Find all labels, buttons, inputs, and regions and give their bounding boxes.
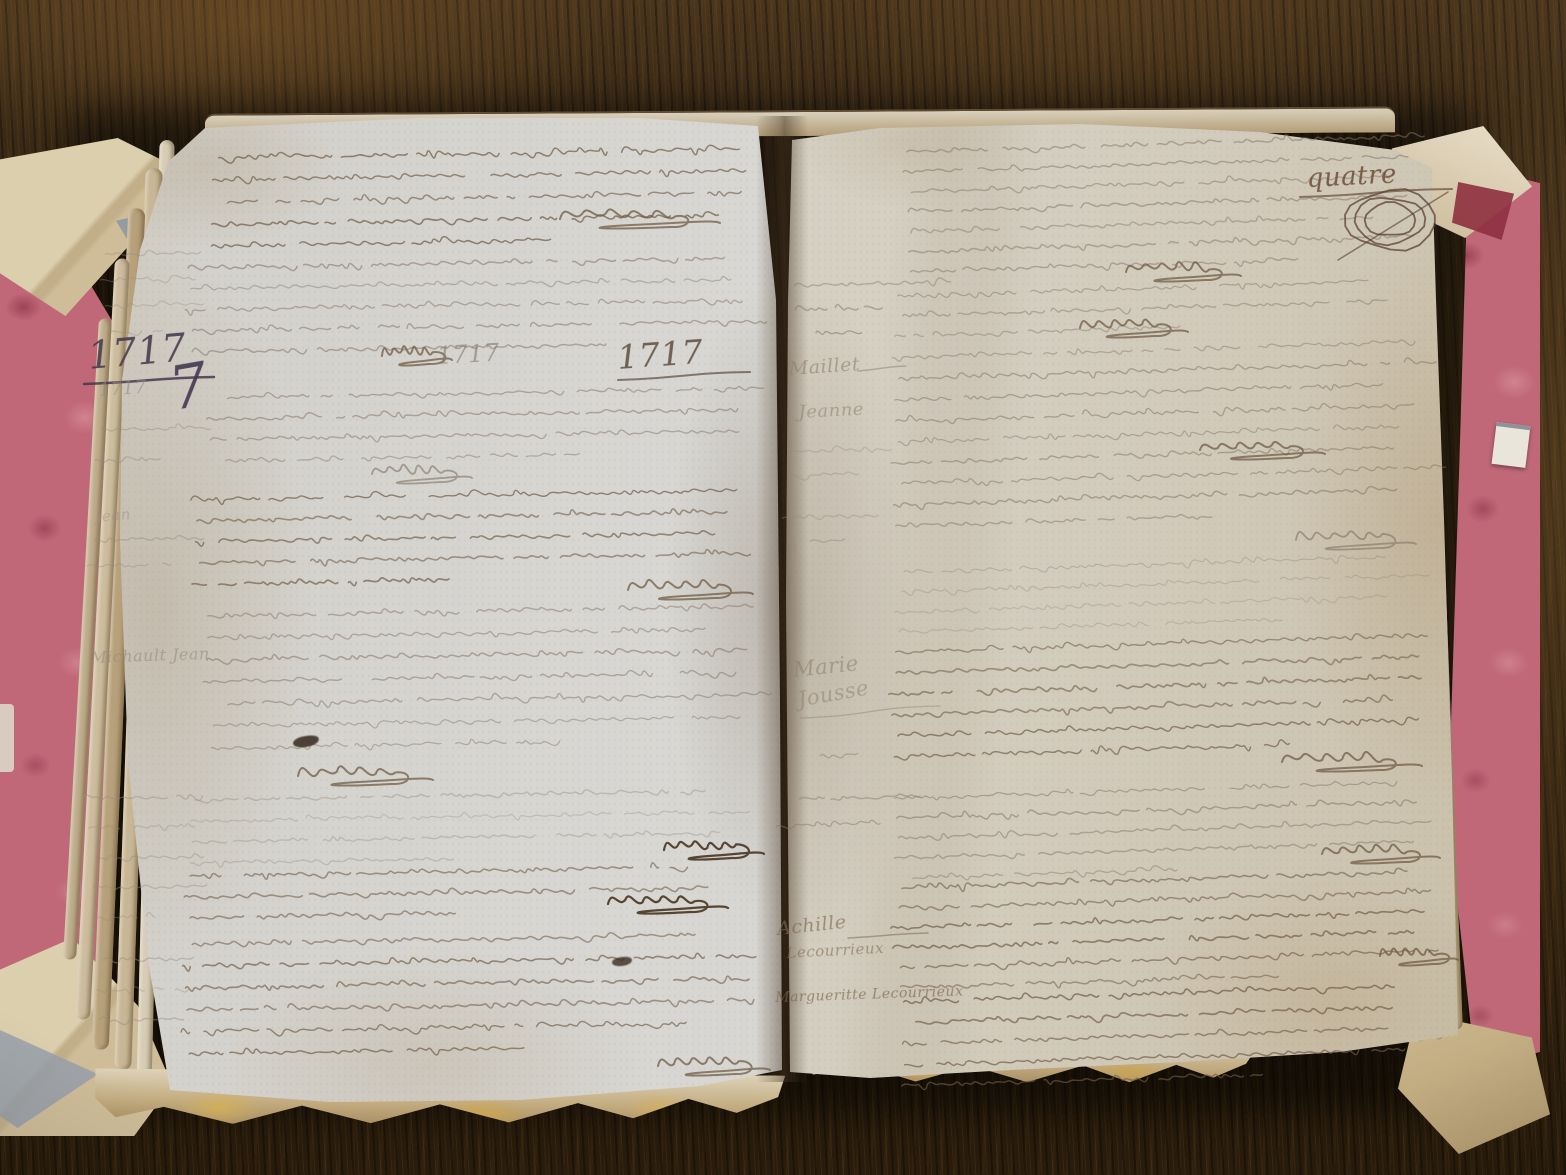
handwritten-text: quatre	[1306, 159, 1398, 194]
script-block	[100, 249, 204, 336]
script-line	[898, 423, 1399, 447]
script-line	[190, 857, 453, 868]
signature-flourish	[1080, 319, 1188, 337]
script-line	[899, 617, 1282, 634]
script-line	[893, 485, 1396, 511]
handwritten-text: Jousse	[796, 676, 871, 712]
page-edge-stack	[136, 140, 174, 1092]
script-line	[799, 793, 920, 801]
script-line	[896, 654, 1419, 678]
signature-flourish	[1322, 845, 1440, 864]
book-gutter	[756, 116, 808, 1082]
script-line	[192, 576, 464, 588]
script-line	[816, 330, 862, 335]
script-line	[192, 316, 767, 335]
script-line	[195, 788, 706, 803]
cover-flap-bottom-left	[0, 938, 172, 1136]
handwritten-text: Maillet	[788, 353, 861, 380]
handwritten-text: jean	[96, 505, 132, 526]
script-line	[208, 626, 721, 642]
script-line	[902, 1024, 1387, 1046]
script-line	[777, 820, 881, 829]
script-line	[911, 213, 1373, 235]
paper-tab	[1492, 422, 1531, 468]
script-line	[100, 275, 195, 284]
script-line	[96, 853, 203, 861]
script-block	[902, 131, 1428, 277]
script-line	[97, 986, 189, 995]
script-line	[899, 887, 1431, 913]
script-block	[184, 254, 767, 355]
signature-flourish	[1282, 752, 1422, 772]
script-line	[790, 444, 892, 454]
script-line	[902, 572, 1430, 597]
script-line	[219, 144, 740, 163]
deckle-bottom-left	[95, 1068, 786, 1129]
script-block	[86, 535, 204, 568]
script-line	[190, 910, 471, 923]
handwritten-text: 1717	[436, 339, 500, 370]
handwritten-text: Jeanne	[798, 399, 864, 423]
script-line	[210, 427, 747, 445]
script-line	[84, 793, 203, 802]
script-line	[889, 672, 1421, 698]
script-line	[105, 249, 200, 256]
script-line	[893, 928, 1421, 950]
script-line	[911, 171, 1400, 197]
script-line	[212, 211, 733, 229]
script-line	[895, 382, 1383, 405]
script-block	[782, 513, 878, 544]
script-line	[902, 868, 1407, 894]
script-line	[895, 593, 1394, 616]
page-edge-stack	[63, 318, 112, 960]
script-line	[810, 539, 845, 543]
script-line	[895, 324, 1180, 340]
script-line	[897, 797, 1417, 824]
signature-flourish	[560, 209, 720, 228]
script-block	[894, 552, 1431, 634]
page-edge-stack	[1407, 178, 1444, 1040]
script-line	[211, 738, 560, 753]
script-line	[795, 303, 882, 312]
script-line	[203, 668, 736, 687]
script-line	[792, 472, 859, 481]
script-line	[909, 232, 1415, 257]
script-line	[213, 714, 740, 731]
handwritten-text: Michault Jean	[90, 644, 210, 667]
script-line	[93, 883, 207, 890]
handwritten-text: Lecourrieux	[786, 939, 884, 962]
signature-flourish	[1126, 262, 1241, 282]
script-line	[895, 779, 1397, 802]
script-line	[100, 1016, 184, 1025]
script-line	[200, 549, 751, 568]
script-line	[897, 278, 1368, 300]
wooden-table	[0, 0, 1566, 1175]
marbled-cover-right	[1448, 165, 1540, 1070]
left-page	[0, 0, 1566, 1175]
handwritten-text: Marie	[792, 651, 860, 682]
deckle-bottom-right	[795, 1034, 1261, 1091]
script-line	[211, 235, 550, 249]
page-edge-stack	[92, 208, 146, 1050]
handwritten-text: Achille	[776, 911, 847, 940]
script-line	[902, 1071, 1263, 1090]
right-page	[0, 0, 1566, 1175]
script-line	[208, 602, 753, 620]
script-line	[896, 631, 1428, 657]
handwritten-text: Margueritte Lecourrieux	[775, 983, 964, 1006]
script-block	[790, 444, 892, 480]
script-line	[916, 1004, 1392, 1028]
script-line	[103, 956, 203, 963]
page-edge-stack	[1396, 158, 1424, 1042]
script-line	[904, 553, 1385, 577]
script-block	[96, 956, 204, 1025]
photo-vignette	[0, 0, 1566, 1175]
ink-underline	[1300, 189, 1452, 197]
script-line	[908, 193, 1407, 216]
paper-tab	[0, 704, 14, 772]
script-block	[893, 778, 1441, 883]
script-line	[891, 444, 1394, 467]
script-line	[899, 817, 1440, 842]
script-line	[192, 341, 606, 356]
script-block	[794, 278, 951, 312]
script-block	[191, 485, 751, 588]
handwritten-text: 1717	[616, 332, 704, 377]
script-block	[889, 866, 1453, 993]
signature-flourish	[628, 580, 753, 600]
script-line	[101, 423, 211, 431]
script-line	[794, 278, 950, 290]
script-line	[88, 824, 194, 832]
signature-flourish	[1200, 442, 1325, 460]
page-edge-top	[205, 106, 1395, 139]
script-line	[96, 912, 155, 920]
script-line	[184, 884, 708, 901]
script-line	[212, 168, 745, 185]
torn-cover-patch	[1452, 182, 1514, 240]
script-block	[189, 787, 751, 868]
signature-flourish	[382, 346, 452, 365]
script-block	[899, 981, 1409, 1090]
script-block	[776, 793, 921, 829]
cover-flap-top-left	[0, 138, 218, 316]
script-line	[185, 296, 742, 315]
script-line	[227, 188, 741, 207]
script-line	[892, 695, 1392, 721]
script-line	[191, 485, 737, 505]
signature-flourish	[372, 465, 472, 484]
ink-blot	[292, 734, 319, 749]
script-line	[188, 255, 725, 273]
script-line	[782, 513, 878, 521]
script-line	[899, 357, 1436, 384]
page-edge-stack	[1418, 208, 1463, 1030]
page-edge-stack	[75, 258, 130, 1020]
scribble-flourish	[1345, 189, 1435, 251]
script-line	[192, 830, 720, 846]
ink-underline	[800, 706, 940, 718]
cover-flap-top-right	[1380, 126, 1532, 238]
script-line	[192, 931, 695, 949]
handwritten-text: 1717	[98, 377, 147, 401]
ink-underline	[84, 377, 214, 384]
signature-flourish	[1380, 948, 1458, 965]
script-line	[191, 807, 750, 825]
script-line	[95, 456, 175, 463]
script-block	[888, 338, 1447, 529]
script-block	[184, 862, 708, 923]
ink-underline	[858, 366, 906, 371]
script-block	[894, 277, 1388, 339]
script-line	[183, 951, 756, 971]
signature-flourish	[298, 766, 433, 785]
script-line	[892, 338, 1415, 361]
script-block	[84, 793, 208, 921]
marbled-cover-left	[0, 228, 118, 1018]
signature-flourish	[608, 896, 728, 913]
script-block	[820, 753, 870, 759]
script-line	[94, 535, 203, 542]
page-edge-stack	[114, 168, 162, 1070]
script-line	[820, 753, 870, 759]
script-line	[109, 330, 163, 336]
script-line	[900, 946, 1452, 973]
script-line	[894, 740, 1289, 762]
script-line	[190, 862, 687, 880]
script-line	[226, 452, 580, 464]
signature-flourish	[658, 1057, 770, 1075]
script-line	[895, 840, 1414, 863]
torn-lining-patch	[0, 1030, 98, 1128]
script-block	[816, 330, 862, 335]
signature-flourish	[1296, 531, 1416, 549]
script-line	[900, 972, 1278, 993]
script-line	[191, 275, 731, 293]
script-line	[206, 405, 737, 422]
handwriting-ink-layer	[0, 0, 1566, 1175]
torn-lining-patch	[116, 208, 172, 272]
script-line	[197, 507, 727, 523]
script-line	[228, 689, 772, 709]
script-line	[207, 646, 747, 665]
scribble-tail	[1338, 192, 1448, 260]
ink-underline	[618, 372, 750, 380]
script-line	[105, 300, 203, 309]
script-line	[903, 153, 1408, 175]
script-line	[189, 1043, 524, 1059]
script-line	[913, 865, 1177, 882]
legible-annotations-layer: 17177171717171717quatreMailletJeanneMari…	[0, 0, 1566, 1175]
script-line	[910, 256, 1297, 276]
script-block	[95, 423, 211, 463]
script-line	[227, 384, 763, 402]
script-line	[898, 715, 1419, 741]
script-line	[902, 462, 1446, 488]
script-line	[903, 297, 1387, 321]
script-line	[87, 563, 171, 568]
ink-underline	[848, 933, 928, 938]
cover-flap-bottom-right	[1398, 1012, 1550, 1154]
script-line	[891, 908, 1424, 933]
script-block	[202, 602, 772, 753]
script-block	[887, 631, 1430, 762]
photo-of-open-parish-register: 17177171717171717quatreMailletJeanneMari…	[0, 0, 1566, 1175]
script-line	[896, 513, 1212, 528]
script-line	[186, 974, 750, 992]
ink-blot	[612, 956, 633, 967]
script-block	[206, 384, 764, 464]
script-line	[905, 1047, 1405, 1069]
script-block	[210, 144, 747, 248]
script-line	[187, 996, 754, 1015]
script-line	[904, 981, 1407, 1007]
script-line	[196, 529, 715, 546]
script-line	[181, 1019, 698, 1038]
script-line	[896, 400, 1415, 426]
book-shadow	[66, 106, 1480, 1114]
script-block	[180, 930, 758, 1059]
script-line	[907, 131, 1425, 157]
handwritten-text: 7	[164, 349, 214, 425]
signature-flourish	[664, 841, 764, 859]
handwritten-text: 1717	[86, 325, 188, 377]
